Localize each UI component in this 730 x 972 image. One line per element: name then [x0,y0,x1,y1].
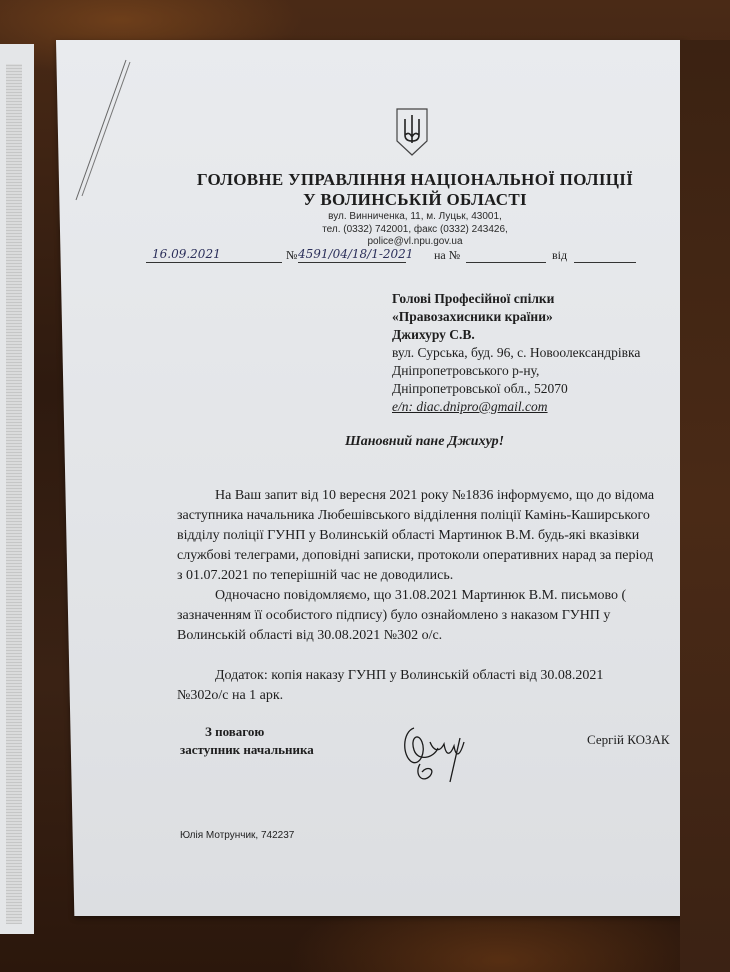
signer-position: заступник начальника [180,742,314,758]
addressee-region: Дніпропетровської обл., 52070 [392,380,640,398]
agency-address: вул. Винниченка, 11, м. Луцьк, 43001, [150,211,680,222]
body-line: з 01.07.2021 по теперішній час не доводи… [177,568,453,584]
closing-regards: З повагою [205,724,264,740]
salutation: Шановний пане Джихур! [345,434,504,450]
toner-streak [6,64,22,924]
body-line: службові телеграми, доповідні записки, п… [177,548,653,564]
body-line: зазначенням її особистого підпису) було … [177,608,610,624]
registration-line: 16.09.2021 № 4591/04/18/1-2021 на № від [146,247,636,265]
agency-region: У ВОЛИНСЬКІЙ ОБЛАСТІ [150,190,680,210]
addressee-district: Дніпропетровського р-ну, [392,362,640,380]
signer-name: Сергій КОЗАК [587,732,670,748]
ukraine-trident-coat-of-arms-icon [395,107,429,157]
addressee-title: Голові Професійної спілки [392,290,640,308]
body-line: Одночасно повідомляємо, що 31.08.2021 Ма… [215,588,626,604]
number-label: № [286,248,297,263]
from-label: від [552,248,567,263]
underlying-sheet [0,44,34,934]
addressee-street: вул. Сурська, буд. 96, с. Новоолександрі… [392,344,640,362]
agency-name: ГОЛОВНЕ УПРАВЛІННЯ НАЦІОНАЛЬНОЇ ПОЛІЦІЇ [150,170,680,190]
executor-note: Юлія Мотрунчик, 742237 [180,830,294,841]
body-line: На Ваш запит від 10 вересня 2021 року №1… [215,488,654,504]
pen-stroke-mark [72,56,132,206]
agency-email: police@vl.npu.gov.ua [150,236,680,247]
attachment-line: Додаток: копія наказу ГУНП у Волинській … [215,668,603,684]
reply-to-label: на № [434,248,460,263]
addressee-block: Голові Професійної спілки «Правозахисник… [392,290,640,416]
addressee-email: e/п: diac.dnipro@gmail.com [392,398,640,416]
body-line: Волинській області від 30.08.2021 №302 о… [177,628,442,644]
body-line: відділу поліції ГУНП у Волинській област… [177,528,639,544]
attachment-line: №302о/с на 1 арк. [177,688,283,704]
registration-date: 16.09.2021 [152,247,221,261]
agency-phone: тел. (0332) 742001, факс (0332) 243426, [150,224,680,235]
addressee-org: «Правозахисники країни» [392,308,640,326]
addressee-name: Джихуру С.В. [392,326,640,344]
body-line: заступника начальника Любешівського відд… [177,508,650,524]
registration-number: 4591/04/18/1-2021 [298,247,413,261]
table-edge [680,40,730,972]
handwritten-signature [400,722,480,792]
